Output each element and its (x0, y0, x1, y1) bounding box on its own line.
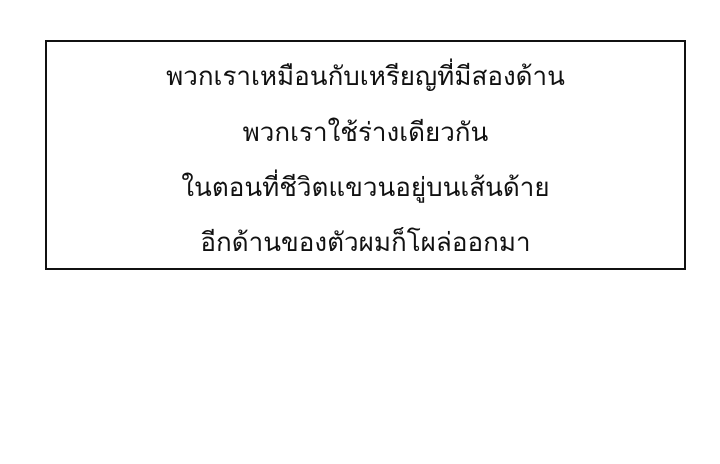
caption-line-3: ในตอนที่ชีวิตแขวนอยู่บนเส้นด้าย (47, 171, 684, 205)
caption-line-2: พวกเราใช้ร่างเดียวกัน (47, 116, 684, 150)
caption-line-1: พวกเราเหมือนกับเหรียญที่มีสองด้าน (47, 60, 684, 94)
caption-line-4: อีกด้านของตัวผมก็โผล่ออกมา (47, 226, 684, 260)
caption-box: พวกเราเหมือนกับเหรียญที่มีสองด้าน พวกเรา… (45, 40, 686, 270)
